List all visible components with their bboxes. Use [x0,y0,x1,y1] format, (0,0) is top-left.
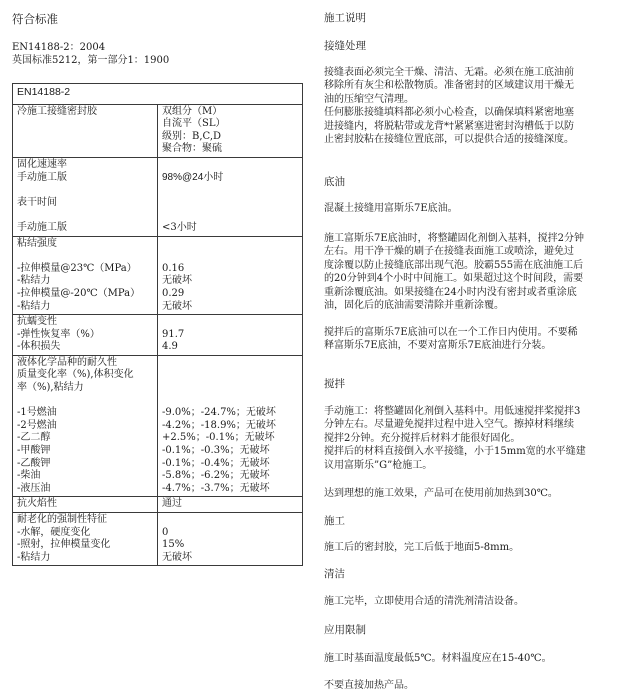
value-line: 无破坏 [162,301,298,314]
primer-paragraph-3: 搅拌后的富斯乐7E底油可以在一个工作日内使用。不要稀 释富斯乐7E底油，不要对富… [324,326,614,353]
key-line: 手动施工版 [17,172,153,185]
text-line: 止密封胶粘在接缝位置底部，可以提供合适的接缝深度。 [324,133,614,146]
mixing-paragraph-2: 达到理想的施工效果，产品可在使用前加热到30℃。 [324,487,614,500]
text-line: 搅拌2分钟。充分搅拌后材料才能很好固化。 [324,432,614,445]
section-heading-mixing: 搅拌 [324,378,345,391]
key-line: 粘结强度 [17,238,153,251]
key-line: -弹性恢复率（%） [17,329,153,342]
table-row: 抗蠕变性 -弹性恢复率（%） -体积损失 91.7 4.9 [13,315,303,356]
key-line: 质量变化率（%),体积变化 [17,369,153,382]
value-line: 无破坏 [162,275,298,288]
key-line: -液压油 [17,483,153,496]
standards-title: 符合标准 [12,12,58,26]
row-value: -9.0%；-24.7%；无破坏 -4.2%；-18.9%；无破坏 +2.5%；… [158,355,303,497]
value-line: 通过 [162,498,298,511]
spec-table: EN14188-2 冷施工接缝密封胶 双组分（M） 自流平（SL） 级别：B,C… [12,83,303,566]
key-line: 抗火焰性 [17,498,153,511]
value-line: 0 [162,527,298,540]
value-line: 级别：B,C,D [162,131,298,144]
key-line: 表干时间 [17,197,153,210]
text-line: 的20分钟到4个小时中间施工。如果超过这个时间段，需要 [324,272,614,285]
table-row: 耐老化的强制性特征 -水解，硬度变化 -照射，拉伸模量变化 -粘结力 0 15%… [13,513,303,566]
row-value: 91.7 4.9 [158,315,303,356]
value-line: -4.7%；-3.7%；无破坏 [162,483,298,496]
text-line: 施工富斯乐7E底油时，将整罐固化剂倒入基料，搅拌2分钟 [324,232,614,245]
standard-item: EN14188-2：2004 [12,41,169,54]
value-line: 自流平（SL） [162,118,298,131]
value-line: 聚合物：聚硫 [162,143,298,156]
instructions-title: 施工说明 [324,12,366,25]
row-key: 粘结强度 -拉伸模量@23℃（MPa） -粘结力 -拉伸模量@-20℃（MPa）… [13,236,158,315]
standard-item: 英国标准5212，第一部分1：1900 [12,54,169,67]
text-line: 搅拌后的富斯乐7E底油可以在一个工作日内使用。不要稀 [324,326,614,339]
section-heading-joint-prep: 接缝处理 [324,40,366,53]
row-key: 液体化学品种的耐久性 质量变化率（%),体积变化 率（%),粘结力 -1号燃油 … [13,355,158,497]
section-heading-cleaning: 清洁 [324,568,345,581]
row-value: 0 15% 无破坏 [158,513,303,566]
key-line: 抗蠕变性 [17,316,153,329]
text-line: 施工后的密封胶，完工后低于地面5-8mm。 [324,541,614,554]
section-heading-limitations: 应用限制 [324,624,366,637]
key-line: -拉伸模量@23℃（MPa） [17,263,153,276]
text-line: 施工时基面温度最低5℃。材料温度应在15-40℃。 [324,652,614,665]
text-line: 进接缝内，将脱粘带或龙背*†紧紧塞进密封沟槽低于以防 [324,120,614,133]
key-line: -粘结力 [17,275,153,288]
joint-prep-paragraph: 接缝表面必须完全干燥、清洁、无霜。必须在施工底油前 移除所有灰尘和松散物质。准备… [324,66,614,146]
text-line: 任何膨胀接缝填料都必须小心检查，以确保填料紧密地塞 [324,106,614,119]
primer-paragraph-1: 混凝土接缝用富斯乐7E底油。 [324,202,614,215]
application-paragraph: 施工后的密封胶，完工后低于地面5-8mm。 [324,541,614,554]
text-line: 搅拌后的材料直接倒入水平接缝，小于15mm宽的水平缝建 [324,445,614,458]
key-line: 手动施工版 [17,222,153,235]
key-line: -乙酸钾 [17,458,153,471]
table-header-row: EN14188-2 [13,84,303,105]
value-line: <3小时 [162,222,298,235]
table-row: 粘结强度 -拉伸模量@23℃（MPa） -粘结力 -拉伸模量@-20℃（MPa）… [13,236,303,315]
text-line: 释富斯乐7E底油，不要对富斯乐7E底油进行分装。 [324,339,614,352]
key-line: -体积损失 [17,341,153,354]
table-row: 液体化学品种的耐久性 质量变化率（%),体积变化 率（%),粘结力 -1号燃油 … [13,355,303,497]
text-line: 左右。用干净干燥的刷子在接缝表面施工或喷涂，避免过 [324,245,614,258]
value-line: -4.2%；-18.9%；无破坏 [162,420,298,433]
value-line: 4.9 [162,341,298,354]
primer-paragraph-2: 施工富斯乐7E底油时，将整罐固化剂倒入基料，搅拌2分钟 左右。用干净干燥的刷子在… [324,232,614,312]
key-line: -照射，拉伸模量变化 [17,539,153,552]
row-value: 0.16 无破坏 0.29 无破坏 [158,236,303,315]
text-line: 分钟左右。尽量避免搅拌过程中进入空气。擦掉材料继续 [324,418,614,431]
value-line: 0.29 [162,288,298,301]
row-value: 98%@24小时 <3小时 [158,157,303,236]
row-key: 冷施工接缝密封胶 [13,104,158,157]
table-header: EN14188-2 [13,84,303,105]
value-line: 0.16 [162,263,298,276]
value-line: +2.5%；-0.1%；无破坏 [162,432,298,445]
table-row: 抗火焰性 通过 [13,497,303,513]
value-line: 98%@24小时 [162,172,298,185]
text-line: 不要直接加热产品。 [324,679,614,692]
text-line: 施工完毕，立即使用合适的清洗剂清洁设备。 [324,595,614,608]
text-line: 重新涂覆底油。如果接缝在24小时内没有密封或者重涂底 [324,286,614,299]
cleaning-paragraph: 施工完毕，立即使用合适的清洗剂清洁设备。 [324,595,614,608]
limitations-paragraph-1: 施工时基面温度最低5℃。材料温度应在15-40℃。 [324,652,614,665]
text-line: 议用富斯乐”G”枪施工。 [324,459,614,472]
row-key: 固化速速率 手动施工版 表干时间 手动施工版 [13,157,158,236]
key-line: -水解，硬度变化 [17,527,153,540]
section-heading-primer: 底油 [324,176,345,189]
value-line: -0.1%；-0.4%；无破坏 [162,458,298,471]
value-line: 双组分（M） [162,106,298,119]
row-key: 抗蠕变性 -弹性恢复率（%） -体积损失 [13,315,158,356]
key-line: -1号燃油 [17,407,153,420]
row-key: 抗火焰性 [13,497,158,513]
text-line: 混凝土接缝用富斯乐7E底油。 [324,202,614,215]
key-line: 率（%),粘结力 [17,382,153,395]
section-heading-application: 施工 [324,515,345,528]
value-line: -9.0%；-24.7%；无破坏 [162,407,298,420]
standards-list: EN14188-2：2004 英国标准5212，第一部分1：1900 [12,41,169,67]
mixing-paragraph-1: 手动施工：将整罐固化剂倒入基料中。用低速搅拌桨搅拌3 分钟左右。尽量避免搅拌过程… [324,405,614,472]
key-line: -2号燃油 [17,420,153,433]
row-value: 双组分（M） 自流平（SL） 级别：B,C,D 聚合物：聚硫 [158,104,303,157]
key-line: -柴油 [17,470,153,483]
key-line: 固化速速率 [17,159,153,172]
text-line: 油的压缩空气清理。 [324,93,614,106]
key-line: -粘结力 [17,552,153,565]
row-key: 耐老化的强制性特征 -水解，硬度变化 -照射，拉伸模量变化 -粘结力 [13,513,158,566]
key-line: -乙二醇 [17,432,153,445]
value-line: 15% [162,539,298,552]
table-row: 固化速速率 手动施工版 表干时间 手动施工版 98%@24小时 <3小时 [13,157,303,236]
row-value: 通过 [158,497,303,513]
value-line: 无破坏 [162,552,298,565]
text-line: 达到理想的施工效果，产品可在使用前加热到30℃。 [324,487,614,500]
limitations-paragraph-2: 不要直接加热产品。 [324,679,614,692]
table-row: 冷施工接缝密封胶 双组分（M） 自流平（SL） 级别：B,C,D 聚合物：聚硫 [13,104,303,157]
text-line: 接缝表面必须完全干燥、清洁、无霜。必须在施工底油前 [324,66,614,79]
key-line: -拉伸模量@-20℃（MPa） [17,288,153,301]
text-line: 手动施工：将整罐固化剂倒入基料中。用低速搅拌桨搅拌3 [324,405,614,418]
key-line: 冷施工接缝密封胶 [17,106,153,119]
value-line: -5.8%；-6.2%；无破坏 [162,470,298,483]
value-line: 91.7 [162,329,298,342]
text-line: 移除所有灰尘和松散物质。准备密封的区域建议用干燥无 [324,79,614,92]
key-line: 液体化学品种的耐久性 [17,357,153,370]
key-line: -甲酸钾 [17,445,153,458]
key-line: -粘结力 [17,301,153,314]
text-line: 度涂覆以防止接缝底部出现气泡。胶霸555需在底油施工后 [324,259,614,272]
text-line: 油，固化后的底油需要清除并重新涂覆。 [324,299,614,312]
value-line: -0.1%；-0.3%；无破坏 [162,445,298,458]
key-line: 耐老化的强制性特征 [17,514,153,527]
